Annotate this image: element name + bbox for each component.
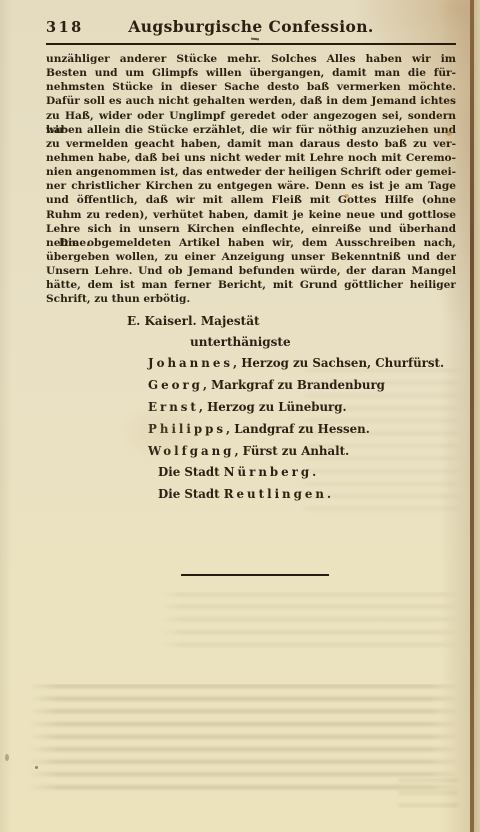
body-text: unzähliger anderer Stücke mehr. Solches …: [46, 52, 456, 307]
closing-subscript: unterthänigste: [190, 335, 291, 349]
body-line: übergeben wollen, zu einer Anzeigung uns…: [46, 250, 456, 264]
body-line: zu vermelden geacht haben, damit man dar…: [46, 137, 456, 151]
paper-stain: [446, 131, 452, 136]
signatory-pre: Die Stadt: [158, 465, 224, 479]
header-rule: [46, 43, 456, 45]
page-edge-strip: [474, 0, 480, 832]
body-line: Lehre sich in unsern Kirchen einflechte,…: [46, 222, 456, 236]
body-line: Ruhm zu reden), verhütet haben, damit je…: [46, 208, 456, 222]
body-line: nien angenommen ist, das entweder der he…: [46, 165, 456, 179]
body-line: und öffentlich, daß wir mit allem Fleiß …: [46, 193, 456, 207]
signatory-pre: Die Stadt: [158, 487, 224, 501]
closing-salutation: E. Kaiserl. Majestät: [127, 314, 260, 328]
print-artifact-mark: [251, 38, 259, 41]
paper-stain: [344, 194, 349, 198]
bleedthrough-text-ghost: [160, 592, 460, 648]
section-divider-rule: [181, 574, 329, 576]
paper-stain: [118, 402, 208, 462]
bleedthrough-text-ghost: [300, 368, 462, 518]
bleedthrough-text-ghost: [396, 778, 460, 808]
body-line: Die obgemeldeten Artikel haben wir, dem …: [46, 236, 456, 250]
body-line: nehmen habe, daß bei uns nicht weder mit…: [46, 151, 456, 165]
signatory-name: Georg: [148, 378, 203, 392]
signatory-name: Johannes: [148, 356, 233, 370]
signatory-name: Nürnberg: [224, 465, 312, 479]
body-line: Unsern Lehre. Und ob Jemand befunden wür…: [46, 264, 456, 278]
paper-stain: [35, 766, 38, 769]
book-page-scan: 318 Augsburgische Confession. unzähliger…: [0, 0, 480, 832]
running-header-title: Augsburgische Confession.: [46, 17, 456, 36]
body-line: Besten und um Glimpfs willen übergangen,…: [46, 66, 456, 80]
body-line: Dafür soll es auch nicht gehalten werden…: [46, 94, 456, 108]
paper-stain: [5, 754, 9, 761]
body-line: zu Haß, wider oder Unglimpf geredet oder…: [46, 109, 456, 123]
body-line: hätte, dem ist man ferner Bericht, mit G…: [46, 278, 456, 292]
body-line: unzähliger anderer Stücke mehr. Solches …: [46, 52, 456, 66]
body-line: Schrift, zu thun erbötig.: [46, 292, 456, 306]
body-line: ner christlicher Kirchen zu entgegen wär…: [46, 179, 456, 193]
body-line: nehmsten Stücke in dieser Sache desto ba…: [46, 80, 456, 94]
body-line: haben allein die Stücke erzählet, die wi…: [46, 123, 456, 137]
